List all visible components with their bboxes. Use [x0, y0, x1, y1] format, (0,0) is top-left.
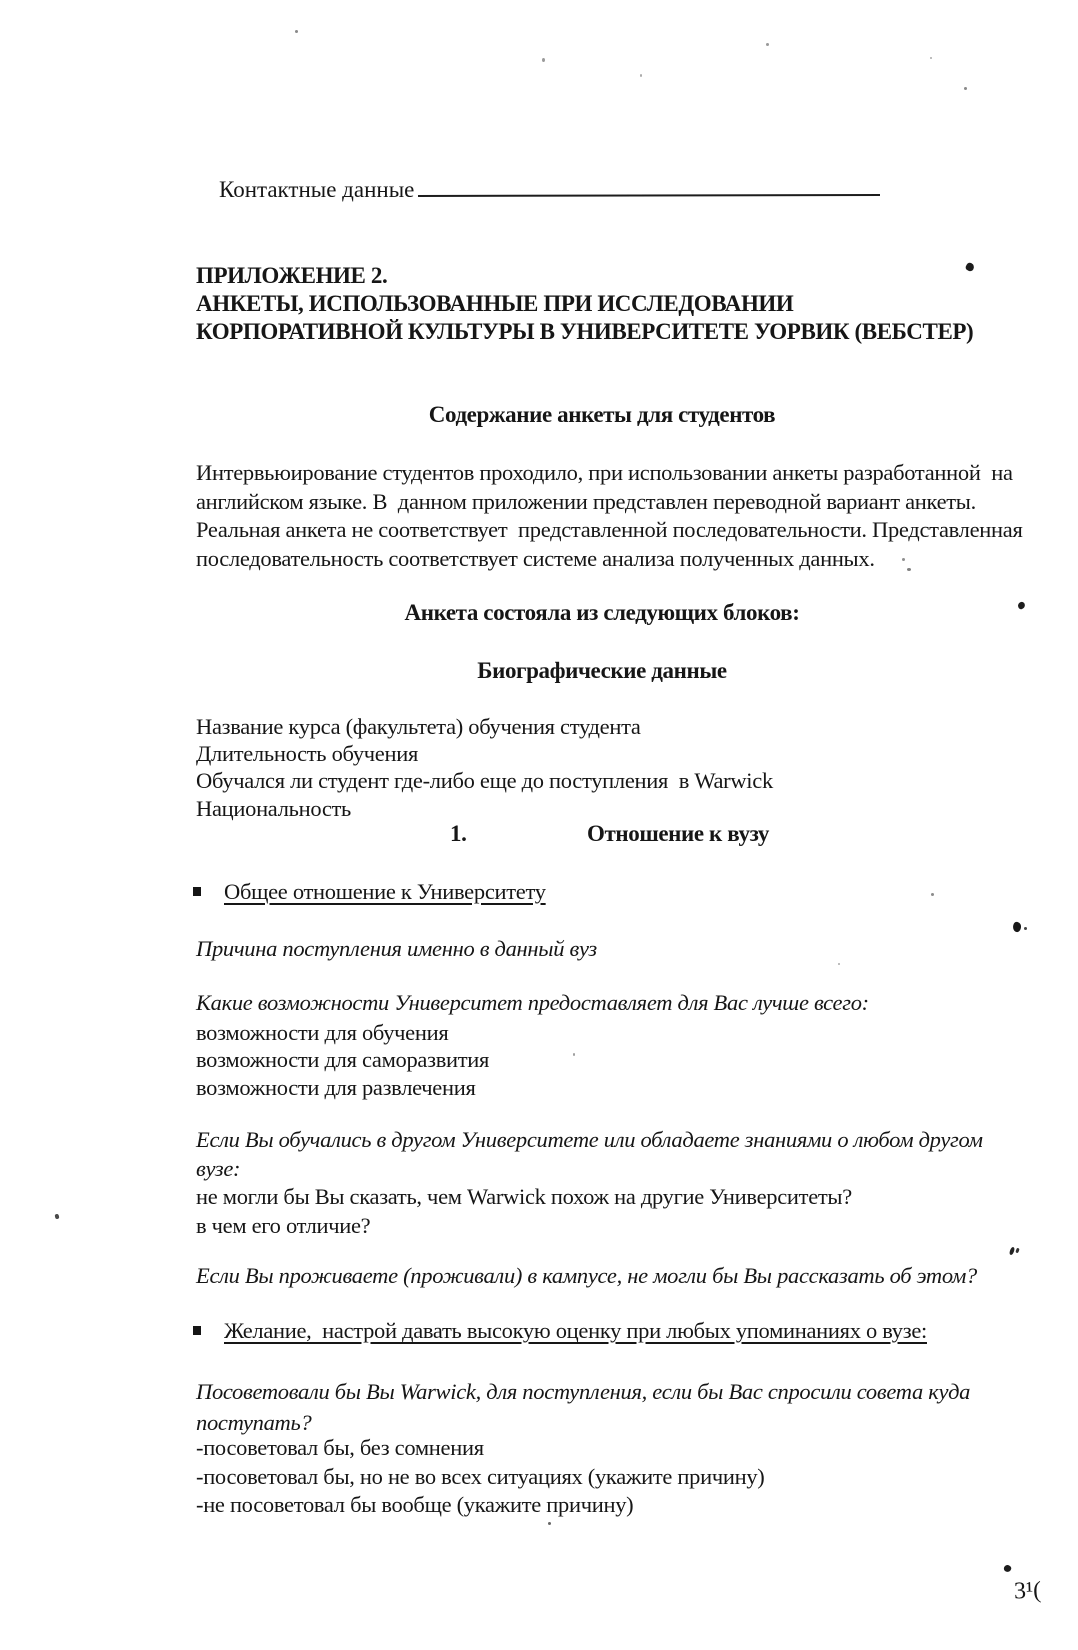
contact-data-blank-line	[418, 171, 880, 197]
ink-speck	[930, 57, 932, 59]
page-number: 3¹(	[1014, 1578, 1042, 1606]
intro-line-2: английском языке. В данном приложении пр…	[196, 488, 1023, 517]
questionnaire-subtitle: Содержание анкеты для студентов	[188, 402, 1016, 428]
ink-speck	[1012, 921, 1022, 932]
option-entertainment: возможности для развлечения	[196, 1074, 489, 1101]
question-reason-for-entering: Причина поступления именно в данный вуз	[196, 936, 597, 962]
ink-speck	[573, 1053, 575, 1056]
other-university-lead-1: Если Вы обучались в другом Университете …	[196, 1126, 983, 1155]
question-campus-living: Если Вы проживаете (проживали) в кампусе…	[196, 1263, 977, 1289]
ink-speck	[54, 1214, 59, 1220]
intro-line-4: последовательность соответствует системе…	[196, 545, 1023, 574]
square-bullet-icon	[193, 1326, 201, 1335]
bio-item-nationality: Национальность	[196, 795, 773, 822]
option-recommend-not-all: -посоветовал бы, но не во всех ситуациях…	[196, 1463, 765, 1492]
bullet-general-attitude: Общее отношение к Университету	[224, 879, 546, 905]
question-other-university: Если Вы обучались в другом Университете …	[196, 1126, 983, 1240]
ink-speck	[548, 1522, 551, 1525]
option-self-development: возможности для саморазвития	[196, 1046, 489, 1073]
other-university-similarity: не могли бы Вы сказать, чем Warwick похо…	[196, 1183, 983, 1212]
bio-item-duration: Длительность обучения	[196, 740, 773, 767]
bio-data-list: Название курса (факультета) обучения сту…	[196, 713, 773, 822]
ink-speck	[1024, 927, 1027, 930]
option-recommend-no-doubt: -посоветовал бы, без сомнения	[196, 1434, 765, 1463]
ink-speck	[640, 74, 642, 77]
contact-data-row: Контактные данные	[196, 146, 880, 229]
other-university-difference: в чем его отличие?	[196, 1212, 983, 1241]
ink-speck	[838, 963, 840, 965]
intro-line-3: Реальная анкета не соответствует предста…	[196, 516, 1023, 545]
intro-paragraph: Интервьюирование студентов проходило, пр…	[196, 459, 1023, 573]
ink-speck	[1009, 1247, 1015, 1256]
section-1-number: 1.	[450, 821, 466, 847]
ink-speck	[964, 87, 967, 90]
ink-speck	[766, 43, 769, 46]
appendix-title-line-2: АНКЕТЫ, ИСПОЛЬЗОВАННЫЕ ПРИ ИССЛЕДОВАНИИ	[196, 290, 973, 318]
ink-speck	[295, 30, 298, 33]
option-study-opportunities: возможности для обучения	[196, 1019, 489, 1046]
ink-speck	[902, 558, 905, 561]
ink-speck	[542, 58, 545, 62]
bullet-willingness-to-praise: Желание, настрой давать высокую оценку п…	[224, 1318, 927, 1344]
bio-data-heading: Биографические данные	[188, 658, 1016, 684]
recommend-warwick-line-1: Посоветовали бы Вы Warwick, для поступле…	[196, 1376, 970, 1407]
ink-speck	[1017, 601, 1026, 610]
question-recommend-warwick: Посоветовали бы Вы Warwick, для поступле…	[196, 1376, 970, 1438]
ink-speck	[1015, 1248, 1020, 1254]
appendix-title: ПРИЛОЖЕНИЕ 2. АНКЕТЫ, ИСПОЛЬЗОВАННЫЕ ПРИ…	[196, 262, 973, 346]
section-1-title: Отношение к вузу	[587, 821, 769, 847]
contact-data-label: Контактные данные	[219, 177, 414, 202]
square-bullet-icon	[193, 887, 201, 896]
scanned-document-page: Контактные данные ПРИЛОЖЕНИЕ 2. АНКЕТЫ, …	[0, 0, 1078, 1650]
question-opportunities-lead: Какие возможности Университет предоставл…	[196, 990, 869, 1016]
appendix-title-line-3: КОРПОРАТИВНОЙ КУЛЬТУРЫ В УНИВЕРСИТЕТЕ УО…	[196, 318, 973, 346]
other-university-lead-2: вузе:	[196, 1155, 983, 1184]
bio-item-course: Название курса (факультета) обучения сту…	[196, 713, 773, 740]
ink-speck	[907, 568, 911, 571]
option-not-recommend: -не посоветовал бы вообще (укажите причи…	[196, 1491, 765, 1520]
question-opportunities-options: возможности для обучения возможности для…	[196, 1019, 489, 1101]
intro-line-1: Интервьюирование студентов проходило, пр…	[196, 459, 1023, 488]
recommend-warwick-options: -посоветовал бы, без сомнения -посоветов…	[196, 1434, 765, 1520]
ink-speck	[931, 893, 934, 896]
blocks-heading: Анкета состояла из следующих блоков:	[188, 600, 1016, 626]
appendix-title-line-1: ПРИЛОЖЕНИЕ 2.	[196, 262, 973, 290]
ink-speck	[1003, 1564, 1013, 1574]
bio-item-prior-study: Обучался ли студент где-либо еще до пост…	[196, 767, 773, 794]
